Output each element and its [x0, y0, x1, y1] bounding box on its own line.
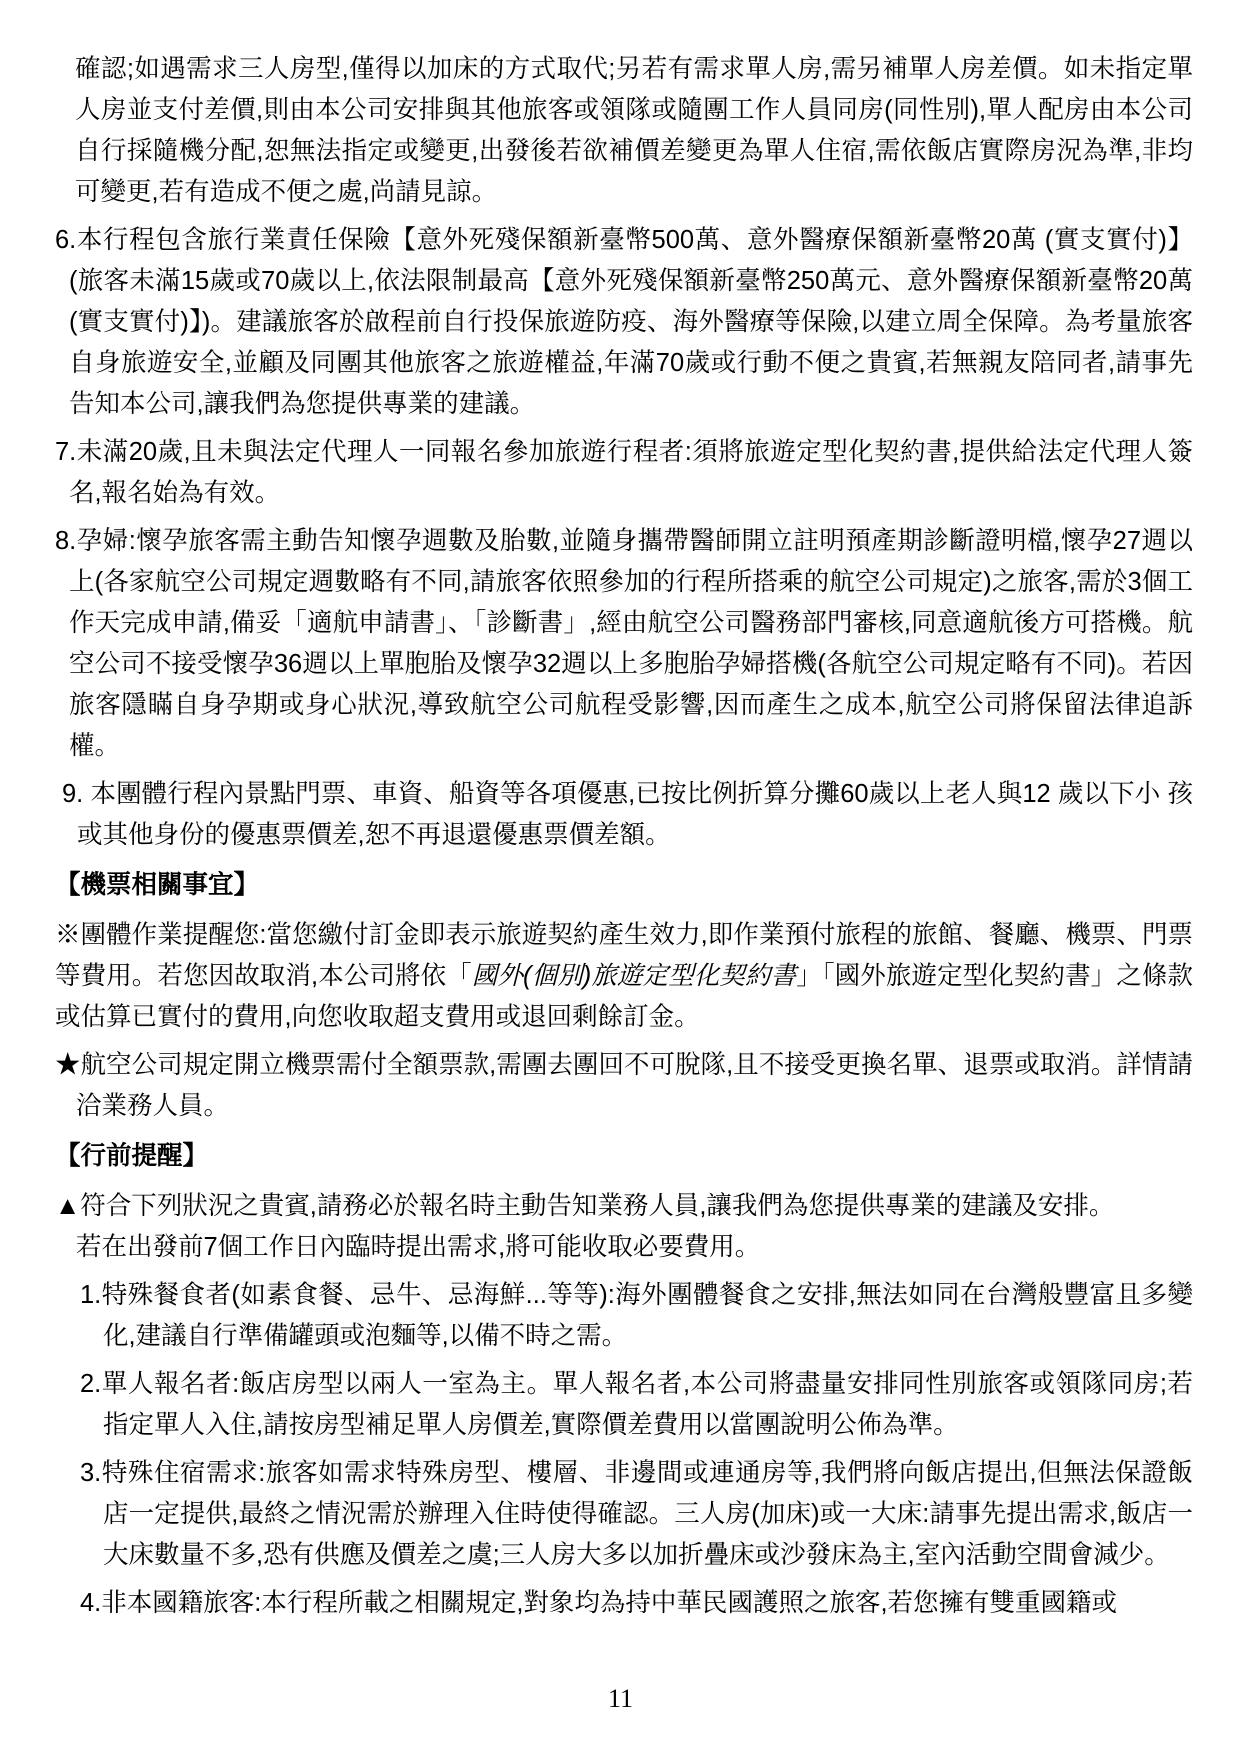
- page-number: 11: [0, 1684, 1241, 1714]
- sub-item-4-foreign-nationals: 4.非本國籍旅客:本行程所載之相關規定,對象均為持中華民國護照之旅客,若您擁有雙…: [80, 1583, 1193, 1624]
- list-item-7-minors: 7.未滿20歲,且未與法定代理人一同報名參加旅遊行程者:須將旅遊定型化契約書,提…: [55, 432, 1193, 514]
- airline-ticket-note: ★航空公司規定開立機票需付全額票款,需團去團回不可脫隊,且不接受更換名單、退票或…: [55, 1045, 1193, 1127]
- text-line: 若在出發前7個工作日內臨時提出需求,將可能收取必要費用。: [76, 1233, 760, 1261]
- list-item-6-insurance: 6.本行程包含旅行業責任保險【意外死殘保額新臺幣500萬、意外醫療保額新臺幣20…: [55, 220, 1193, 425]
- ticket-section-header: 【機票相關事宜】: [55, 865, 1193, 906]
- sub-item-1-special-meals: 1.特殊餐食者(如素食餐、忌牛、忌海鮮...等等):海外團體餐食之安排,無法如同…: [80, 1275, 1193, 1357]
- pre-departure-section-header: 【行前提醒】: [55, 1136, 1193, 1177]
- contract-name-italic: 國外(個別)旅遊定型化契約書: [472, 962, 796, 990]
- sub-item-2-single-traveler: 2.單人報名者:飯店房型以兩人一室為主。單人報名者,本公司將盡量安排同性別旅客或…: [80, 1364, 1193, 1446]
- document-page: 確認;如遇需求三人房型,僅得以加床的方式取代;另若有需求單人房,需另補單人房差價…: [0, 0, 1241, 1755]
- list-item-8-pregnancy: 8.孕婦:懷孕旅客需主動告知懷孕週數及胎數,並隨身攜帶醫師開立註明預產期診斷證明…: [55, 521, 1193, 767]
- item-5-continuation-paragraph: 確認;如遇需求三人房型,僅得以加床的方式取代;另若有需求單人房,需另補單人房差價…: [75, 49, 1193, 213]
- text-line: ▲符合下列狀況之貴賓,請務必於報名時主動告知業務人員,讓我們為您提供專業的建議及…: [55, 1192, 1114, 1220]
- sub-item-3-special-lodging: 3.特殊住宿需求:旅客如需求特殊房型、樓層、非邊間或連通房等,我們將向飯店提出,…: [80, 1453, 1193, 1576]
- deposit-note: ※團體作業提醒您:當您繳付訂金即表示旅遊契約產生效力,即作業預付旅程的旅館、餐廳…: [55, 915, 1193, 1038]
- advisory-note: ▲符合下列狀況之貴賓,請務必於報名時主動告知業務人員,讓我們為您提供專業的建議及…: [55, 1186, 1193, 1268]
- list-item-9-discounts: 9. 本團體行程內景點門票、車資、船資等各項優惠,已按比例折算分攤60歲以上老人…: [62, 774, 1193, 856]
- document-body: 確認;如遇需求三人房型,僅得以加床的方式取代;另若有需求單人房,需另補單人房差價…: [55, 49, 1193, 1631]
